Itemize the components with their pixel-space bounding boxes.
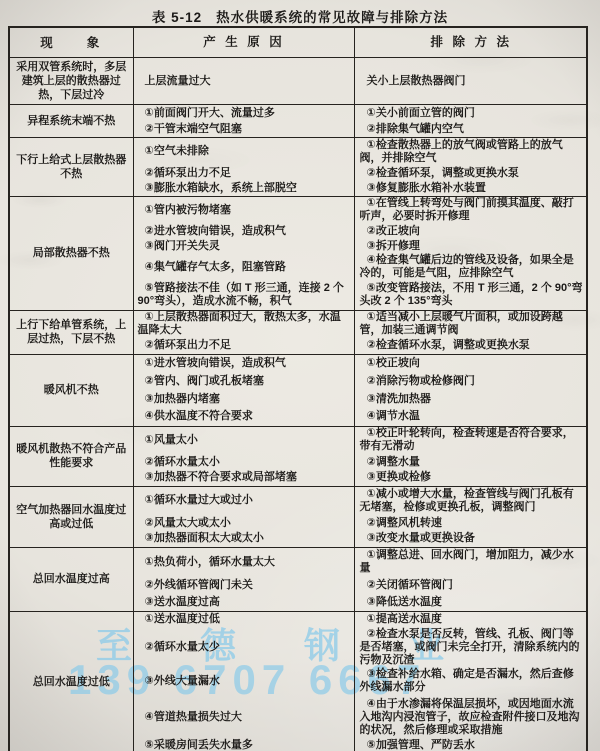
- method-item: ①调整总进、回水阀门，增加阻力，减少水量: [360, 549, 584, 575]
- cause-cell: ④供水温度不符合要求: [133, 408, 354, 426]
- cause-cell: ①前面阀门开大、流量过多: [133, 105, 354, 122]
- method-cell: ③拆开修理: [354, 239, 587, 254]
- cause-item: ①送水温度过低: [138, 613, 351, 626]
- cause-item: ②循环水量太小: [138, 456, 351, 469]
- cause-item: ②循环泵出力不足: [138, 167, 351, 180]
- method-cell: ②检查循环泵，调整或更换水泵: [354, 166, 587, 182]
- method-cell: ②排除集气罐内空气: [354, 122, 587, 138]
- method-cell: ④调节水温: [354, 408, 587, 426]
- method-item: ②检查水泵是否反转，管线、孔板、阀门等是否堵塞，或阀门未完全打开，清除系统内的污…: [360, 628, 584, 667]
- cause-item: ③加热器内堵塞: [138, 393, 351, 406]
- table-row: 暖风机散热不符合产品性能要求 ①风量太小 ①校正叶轮转向，检查转速是否符合要求，…: [9, 426, 587, 454]
- method-cell: ①在管线上转弯处与阀门前摸其温度、敲打听声，必要时拆开修理: [354, 197, 587, 224]
- cause-item: ④管道热量损失过大: [138, 711, 351, 724]
- cause-cell: ③加热器不符合要求或局部堵塞: [133, 470, 354, 486]
- method-item: ②检查循环泵，调整或更换水泵: [360, 167, 584, 180]
- method-cell: 关小上层散热器阀门: [354, 58, 587, 105]
- method-cell: ①检查散热器上的放气阀或管路上的放气阀，并排除空气: [354, 138, 587, 166]
- phenomenon-cell: 总回水温度过低: [9, 611, 133, 751]
- phenomenon-cell: 空气加热器回水温度过高或过低: [9, 486, 133, 547]
- method-item: ①校正坡向: [360, 357, 584, 370]
- method-item: ⑤改变管路接法，不用 T 形三通，2 个 90°弯头改 2 个 135°弯头: [360, 282, 584, 308]
- method-cell: ①调整总进、回水阀门，增加阻力，减少水量: [354, 547, 587, 577]
- method-item: ②消除污物或检修阀门: [360, 375, 584, 388]
- method-item: ③修复膨胀水箱补水装置: [360, 182, 584, 195]
- column-header-method: 排 除 方 法: [354, 27, 587, 58]
- cause-cell: ②风量太大或太小: [133, 515, 354, 531]
- method-cell: ②检查水泵是否反转，管线、孔板、阀门等是否堵塞，或阀门未完全打开，清除系统内的污…: [354, 627, 587, 667]
- cause-item: ③加热器面积太大或太小: [138, 532, 351, 545]
- method-cell: ①适当减小上层暖气片面积，或加设跨越管，加装三通调节阀: [354, 310, 587, 338]
- method-item: ①在管线上转弯处与阀门前摸其温度、敲打听声，必要时拆开修理: [360, 197, 584, 223]
- cause-cell: ②循环水量太少: [133, 627, 354, 667]
- cause-item: ③外线大量漏水: [138, 675, 351, 688]
- cause-cell: ①管内被污物堵塞: [133, 197, 354, 224]
- phenomenon-cell: 局部散热器不热: [9, 197, 133, 311]
- cause-cell: 上层流量过大: [133, 58, 354, 105]
- method-item: ③降低送水温度: [360, 596, 584, 609]
- cause-cell: ①风量太小: [133, 426, 354, 454]
- method-item: ④调节水温: [360, 410, 584, 423]
- cause-cell: ②进水管坡向错误，造成积气: [133, 223, 354, 239]
- method-item: ③更换或检修: [360, 471, 584, 484]
- cause-item: ②循环水量太少: [138, 641, 351, 654]
- cause-item: ①上层散热器面积过大，散热太多，水温温降太大: [138, 311, 351, 337]
- phenomenon-cell: 暖风机不热: [9, 354, 133, 426]
- cause-item: ②进水管坡向错误，造成积气: [138, 225, 351, 238]
- cause-cell: ①热负荷小，循环水量太大: [133, 547, 354, 577]
- cause-item: ②外线循环管阀门未关: [138, 579, 351, 592]
- method-cell: ③清洗加热器: [354, 390, 587, 408]
- cause-item: ⑤采暖房间丢失水量多: [138, 739, 351, 751]
- table-number-label: 表 5-12: [152, 10, 202, 25]
- method-cell: ⑤加强管理、严防丢水: [354, 739, 587, 751]
- method-cell: ③降低送水温度: [354, 594, 587, 611]
- fault-table: 现 象 产 生 原 因 排 除 方 法 采用双管系统时，多层建筑上层的散热器过热…: [8, 26, 588, 751]
- header-row: 现 象 产 生 原 因 排 除 方 法: [9, 27, 587, 58]
- cause-item: ③送水温度过高: [138, 596, 351, 609]
- method-cell: ①校正叶轮转向，检查转速是否符合要求，带有无滑动: [354, 426, 587, 454]
- cause-cell: ①上层散热器面积过大，散热太多，水温温降太大: [133, 310, 354, 338]
- cause-item: ①热负荷小，循环水量太大: [138, 556, 351, 569]
- method-cell: ③更换或检修: [354, 470, 587, 486]
- cause-item: ①前面阀门开大、流量过多: [138, 107, 351, 120]
- cause-cell: ③送水温度过高: [133, 594, 354, 611]
- method-cell: ①减小或增大水量，检查管线与阀门孔板有无堵塞，检修或更换孔板，调整阀门: [354, 486, 587, 515]
- column-header-cause: 产 生 原 因: [133, 27, 354, 58]
- method-item: ②改正坡向: [360, 225, 584, 238]
- method-item: ②排除集气罐内空气: [360, 123, 584, 136]
- cause-cell: ②管内、阀门或孔板堵塞: [133, 372, 354, 390]
- method-item: ①校正叶轮转向，检查转速是否符合要求，带有无滑动: [360, 427, 584, 453]
- method-item: ④检查集气罐后边的管线及设备，如果全是冷的，可能是气阻，应排除空气: [360, 254, 584, 280]
- method-item: ①关小前面立管的阀门: [360, 107, 584, 120]
- cause-cell: ③膨胀水箱缺水，系统上部脱空: [133, 182, 354, 197]
- method-item: ④由于水渗漏将保温层损坏，或因地面水流入地沟内浸泡管子，故应检查附件接口及地沟的…: [360, 698, 584, 737]
- page-title: 表 5-12热水供暖系统的常见故障与排除方法: [0, 6, 600, 26]
- method-cell: ⑤改变管路接法，不用 T 形三通，2 个 90°弯头改 2 个 135°弯头: [354, 280, 587, 310]
- cause-cell: ①空气未排除: [133, 138, 354, 166]
- cause-cell: ③阀门开关失灵: [133, 239, 354, 254]
- phenomenon-cell: 上行下给单管系统，上层过热，下层不热: [9, 310, 133, 354]
- cause-item: ①循环水量过大或过小: [138, 494, 351, 507]
- phenomenon-cell: 采用双管系统时，多层建筑上层的散热器过热，下层过冷: [9, 58, 133, 105]
- cause-item: ③膨胀水箱缺水，系统上部脱空: [138, 182, 351, 195]
- method-cell: ②调整风机转速: [354, 515, 587, 531]
- method-item: ③清洗加热器: [360, 393, 584, 406]
- column-header-phenomenon: 现 象: [9, 27, 133, 58]
- cause-cell: ⑤管路接法不佳（如 T 形三通，连接 2 个 90°弯头），造成水流不畅，积气: [133, 280, 354, 310]
- cause-item: ②干管末端空气阻塞: [138, 123, 351, 136]
- table-title-text: 热水供暖系统的常见故障与排除方法: [216, 10, 448, 25]
- table-row: 总回水温度过低 ①送水温度过低 ①提高送水温度: [9, 611, 587, 627]
- method-cell: ④由于水渗漏将保温层损坏，或因地面水流入地沟内浸泡管子，故应检查附件接口及地沟的…: [354, 695, 587, 739]
- method-item: ③拆开修理: [360, 240, 584, 253]
- method-item: ①检查散热器上的放气阀或管路上的放气阀，并排除空气: [360, 139, 584, 165]
- cause-cell: ③加热器面积太大或太小: [133, 531, 354, 547]
- method-item: ③检查补给水箱、确定是否漏水，然后查修外线漏水部分: [360, 668, 584, 694]
- method-item: ①提高送水温度: [360, 613, 584, 626]
- cause-item: ①风量太小: [138, 434, 351, 447]
- method-item: ②关闭循环管阀门: [360, 579, 584, 592]
- cause-item: ①管内被污物堵塞: [138, 204, 351, 217]
- phenomenon-cell: 暖风机散热不符合产品性能要求: [9, 426, 133, 486]
- cause-item: ⑤管路接法不佳（如 T 形三通，连接 2 个 90°弯头），造成水流不畅，积气: [138, 282, 351, 308]
- cause-cell: ②循环泵出力不足: [133, 166, 354, 182]
- cause-cell: ①循环水量过大或过小: [133, 486, 354, 515]
- method-item: ②检查循环水泵，调整或更换水泵: [360, 339, 584, 352]
- cause-item: ②管内、阀门或孔板堵塞: [138, 375, 351, 388]
- cause-item: ②风量太大或太小: [138, 517, 351, 530]
- cause-item: ③阀门开关失灵: [138, 240, 351, 253]
- cause-cell: ①送水温度过低: [133, 611, 354, 627]
- cause-cell: ③加热器内堵塞: [133, 390, 354, 408]
- cause-cell: ①进水管坡向错误，造成积气: [133, 354, 354, 372]
- method-cell: ②消除污物或检修阀门: [354, 372, 587, 390]
- phenomenon-cell: 下行上给式上层散热器不热: [9, 138, 133, 197]
- method-cell: ①提高送水温度: [354, 611, 587, 627]
- cause-cell: ②干管末端空气阻塞: [133, 122, 354, 138]
- method-item: ②调整水量: [360, 456, 584, 469]
- table-row: 空气加热器回水温度过高或过低 ①循环水量过大或过小 ①减小或增大水量，检查管线与…: [9, 486, 587, 515]
- method-cell: ①校正坡向: [354, 354, 587, 372]
- method-cell: ③检查补给水箱、确定是否漏水，然后查修外线漏水部分: [354, 667, 587, 695]
- cause-cell: ③外线大量漏水: [133, 667, 354, 695]
- cause-cell: ⑤采暖房间丢失水量多: [133, 739, 354, 751]
- cause-item: ①空气未排除: [138, 145, 351, 158]
- table-row: 局部散热器不热 ①管内被污物堵塞 ①在管线上转弯处与阀门前摸其温度、敲打听声，必…: [9, 197, 587, 224]
- cause-item: ③加热器不符合要求或局部堵塞: [138, 471, 351, 484]
- method-cell: ④检查集气罐后边的管线及设备，如果全是冷的，可能是气阻，应排除空气: [354, 254, 587, 280]
- cause-cell: ②循环泵出力不足: [133, 338, 354, 354]
- table-row: 下行上给式上层散热器不热 ①空气未排除 ①检查散热器上的放气阀或管路上的放气阀，…: [9, 138, 587, 166]
- method-cell: ①关小前面立管的阀门: [354, 105, 587, 122]
- cause-item: ④供水温度不符合要求: [138, 410, 351, 423]
- method-item: 关小上层散热器阀门: [360, 75, 584, 88]
- method-cell: ③改变水量或更换设备: [354, 531, 587, 547]
- table-row: 异程系统末端不热 ①前面阀门开大、流量过多 ①关小前面立管的阀门: [9, 105, 587, 122]
- method-cell: ②调整水量: [354, 454, 587, 470]
- cause-item: 上层流量过大: [138, 75, 351, 88]
- cause-item: ①进水管坡向错误，造成积气: [138, 357, 351, 370]
- table-row: 上行下给单管系统，上层过热，下层不热 ①上层散热器面积过大，散热太多，水温温降太…: [9, 310, 587, 338]
- method-item: ②调整风机转速: [360, 517, 584, 530]
- method-cell: ③修复膨胀水箱补水装置: [354, 182, 587, 197]
- table-row: 总回水温度过高 ①热负荷小，循环水量太大 ①调整总进、回水阀门，增加阻力，减少水…: [9, 547, 587, 577]
- phenomenon-cell: 总回水温度过高: [9, 547, 133, 611]
- method-item: ⑤加强管理、严防丢水: [360, 739, 584, 751]
- cause-cell: ②外线循环管阀门未关: [133, 577, 354, 594]
- phenomenon-cell: 异程系统末端不热: [9, 105, 133, 138]
- table-row: 采用双管系统时，多层建筑上层的散热器过热，下层过冷 上层流量过大 关小上层散热器…: [9, 58, 587, 105]
- method-item: ③改变水量或更换设备: [360, 532, 584, 545]
- cause-cell: ④管道热量损失过大: [133, 695, 354, 739]
- cause-item: ④集气罐存气太多，阻塞管路: [138, 261, 351, 274]
- method-cell: ②改正坡向: [354, 223, 587, 239]
- method-cell: ②检查循环水泵，调整或更换水泵: [354, 338, 587, 354]
- cause-item: ②循环泵出力不足: [138, 339, 351, 352]
- cause-cell: ④集气罐存气太多，阻塞管路: [133, 254, 354, 280]
- method-cell: ②关闭循环管阀门: [354, 577, 587, 594]
- cause-cell: ②循环水量太小: [133, 454, 354, 470]
- table-row: 暖风机不热 ①进水管坡向错误，造成积气 ①校正坡向: [9, 354, 587, 372]
- method-item: ①适当减小上层暖气片面积，或加设跨越管，加装三通调节阀: [360, 311, 584, 337]
- method-item: ①减小或增大水量，检查管线与阀门孔板有无堵塞，检修或更换孔板，调整阀门: [360, 488, 584, 514]
